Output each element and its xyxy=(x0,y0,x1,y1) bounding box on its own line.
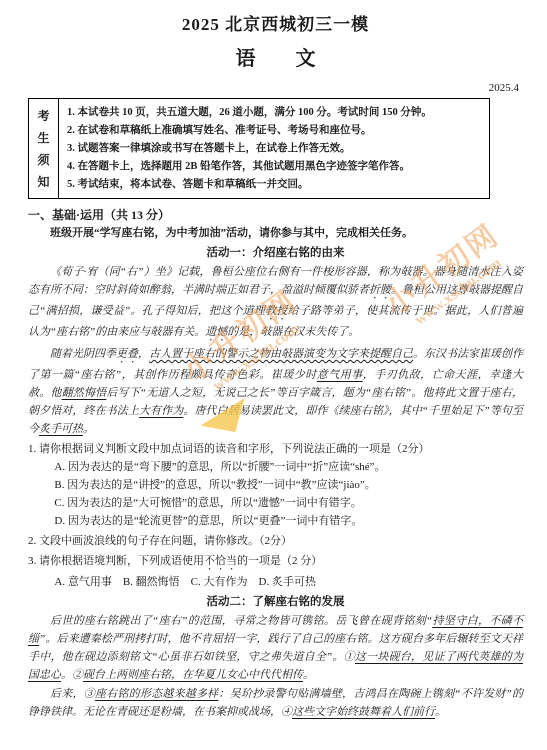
notice-item: 3. 试题答案一律填涂或书写在答题卡上，在试卷上作答无效。 xyxy=(67,140,481,158)
activity2-title: 活动二：了解座右铭的发展 xyxy=(28,593,523,611)
notice-items: 1. 本试卷共 10 页，共五道大题，26 道小题，满分 100 分。考试时间 … xyxy=(59,99,489,198)
activity1-title: 活动一：介绍座右铭的由来 xyxy=(28,244,523,262)
activity2-paragraph-2: 后来，③座右铭的形态越来越多样：吴玠抄录警句贴满墙壁，吉鸿昌在陶碗上镌刻“不许发… xyxy=(28,685,523,721)
activity2-paragraph-1: 后世的座右铭跳出了“座右”的范围，寻常之物皆可镌铭。岳飞曾在砚背铭刻“持坚守白，… xyxy=(28,612,523,684)
question-1-option-c: C. 因为表达的是“大可惋惜”的意思，所以“遗憾”一词中有错字。 xyxy=(28,494,523,512)
section-intro: 班级开展“学写座右铭，为中考加油”活动，请你参与其中，完成相关任务。 xyxy=(28,224,523,242)
activity1-paragraph-2: 随着光阴四季更叠，古人置于座右的警示之物由敧器演变为文字来提醒自己。东汉书法家崔… xyxy=(28,345,523,438)
question-3-options: A. 意气用事 B. 翻然悔悟 C. 大有作为 D. 炙手可热 xyxy=(28,573,523,591)
notice-item: 4. 在答题卡上，选择题用 2B 铅笔作答，其他试题用黑色字迹签字笔作答。 xyxy=(67,158,481,176)
notice-item: 1. 本试卷共 10 页，共五道大题，26 道小题，满分 100 分。考试时间 … xyxy=(67,104,481,122)
notice-side-char: 考 xyxy=(37,107,49,124)
notice-side-char: 生 xyxy=(37,129,49,146)
notice-side-char: 知 xyxy=(37,173,49,190)
exam-title: 2025 北京西城初三一模 xyxy=(28,10,523,35)
subject-title: 语 文 xyxy=(28,42,523,71)
question-3-stem: 3. 请你根据语境判断，下列成语使用不恰当的一项是（2 分） xyxy=(28,552,523,573)
question-1-option-b: B. 因为表达的是“讲授”的意思，所以“教授”一词中“教”应读“jiào”。 xyxy=(28,476,523,494)
question-1-option-d: D. 因为表达的是“轮流更替”的意思，所以“更叠”一词中有错字。 xyxy=(28,512,523,530)
question-1-stem: 1. 请你根据词义判断文段中加点词语的读音和字形，下列说法正确的一项是（2分） xyxy=(28,440,523,458)
notice-item: 2. 在试卷和草稿纸上准确填写姓名、准考证号、考场号和座位号。 xyxy=(67,122,481,140)
exam-date: 2025.4 xyxy=(28,82,523,94)
activity1-paragraph-1: 《荀子·宥（同“右”）坐》记载，鲁桓公座位右侧有一件梭形容器，称为敧器。器身随清… xyxy=(28,263,523,344)
notice-side-label: 考 生 须 知 xyxy=(29,99,59,198)
notice-box: 考 生 须 知 1. 本试卷共 10 页，共五道大题，26 道小题，满分 100… xyxy=(28,98,490,199)
notice-side-char: 须 xyxy=(37,151,49,168)
question-1-option-a: A. 因为表达的是“弯下腰”的意思，所以“折腰”一词中“折”应读“shé”。 xyxy=(28,458,523,476)
exam-paper-page: 2025 北京西城初三一模 语 文 2025.4 考 生 须 知 1. 本试卷共… xyxy=(0,0,547,750)
notice-item: 5. 考试结束，将本试卷、答题卡和草稿纸一并交回。 xyxy=(67,176,481,194)
question-2-stem: 2. 文段中画波浪线的句子存在问题，请你修改。（2分） xyxy=(28,532,523,550)
section-title: 一、基础·运用（共 13 分） xyxy=(28,206,523,224)
